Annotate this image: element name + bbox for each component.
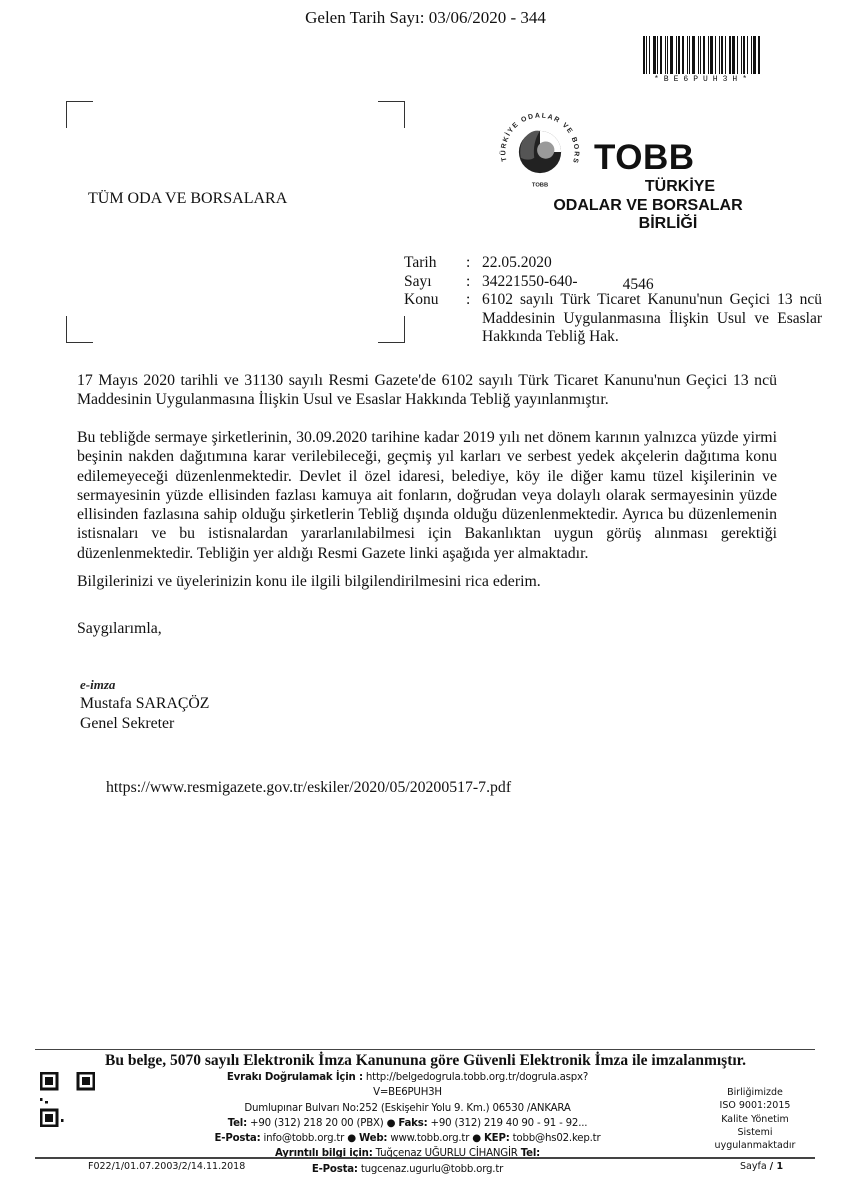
- barcode-bar: [643, 36, 645, 74]
- barcode-text: *BE6PUH3H*: [643, 75, 763, 84]
- meta-separator: :: [456, 291, 482, 347]
- bullet: ●: [387, 1118, 396, 1129]
- barcode-bar: [743, 36, 745, 74]
- meta-number-prefix: 34221550-640-: [482, 273, 578, 290]
- logo-subtitle-line: TÜRKİYE: [540, 178, 756, 197]
- meta-label: Tarih: [404, 254, 456, 273]
- barcode-bar: [725, 36, 726, 74]
- barcode-bars: [643, 36, 763, 74]
- barcode-bar: [676, 36, 677, 74]
- meta-value: 22.05.2020: [482, 254, 802, 273]
- barcode-bar: [665, 36, 666, 74]
- meta-value: 6102 sayılı Türk Ticaret Kanunu'nun Geçi…: [482, 291, 822, 347]
- barcode-bar: [646, 36, 647, 74]
- detail-email-value[interactable]: tugcenaz.ugurlu@tobb.org.tr: [361, 1164, 503, 1175]
- incoming-date-stamp: Gelen Tarih Sayı: 03/06/2020 - 344: [0, 8, 851, 28]
- bullet: ●: [347, 1133, 356, 1144]
- barcode-bar: [741, 36, 742, 74]
- barcode-bar: [751, 36, 752, 74]
- body-paragraph: Bilgilerinizi ve üyelerinizin konu ile i…: [77, 572, 777, 591]
- meta-label: Konu: [404, 291, 456, 347]
- barcode-bar: [729, 36, 731, 74]
- bullet: ●: [472, 1133, 481, 1144]
- address-window-corner-bottom-left: [66, 316, 93, 343]
- quality-line: Kalite Yönetim: [690, 1113, 820, 1126]
- barcode-bar: [719, 36, 720, 74]
- logo-subtitle-line: ODALAR VE BORSALAR: [540, 197, 756, 216]
- signatory: Mustafa SARAÇÖZ Genel Sekreter: [80, 694, 209, 733]
- quality-line: Birliğimizde: [690, 1086, 820, 1099]
- meta-number-suffix: 4546: [623, 276, 654, 293]
- document-barcode: *BE6PUH3H*: [643, 36, 763, 84]
- signatory-title: Genel Sekreter: [80, 714, 209, 734]
- meta-value: 34221550-640-4546: [482, 273, 802, 292]
- barcode-bar: [670, 36, 673, 74]
- barcode-bar: [682, 36, 684, 74]
- tel-value: +90 (312) 218 20 00 (PBX): [250, 1118, 384, 1129]
- quality-line: uygulanmaktadır: [690, 1139, 820, 1152]
- barcode-bar: [692, 36, 695, 74]
- meta-row-number: Sayı : 34221550-640-4546: [404, 273, 822, 292]
- logo-title: TOBB: [594, 138, 695, 178]
- barcode-bar: [657, 36, 658, 74]
- logo-subtitle-line: BİRLİĞİ: [540, 215, 756, 234]
- barcode-bar: [649, 36, 650, 74]
- barcode-bar: [715, 36, 716, 74]
- page-number: Sayfa / 1: [740, 1161, 783, 1172]
- footer-verify-line: Evrakı Doğrulamak İçin : http://belgedog…: [195, 1070, 620, 1101]
- email-value[interactable]: info@tobb.org.tr: [264, 1133, 345, 1144]
- footer-web-line: E-Posta: info@tobb.org.tr ● Web: www.tob…: [195, 1131, 620, 1146]
- web-label: Web:: [359, 1133, 387, 1144]
- footer-divider: [35, 1049, 815, 1050]
- recipient: TÜM ODA VE BORSALARA: [88, 190, 287, 208]
- quality-line: ISO 9001:2015: [690, 1099, 820, 1112]
- barcode-bar: [732, 36, 735, 74]
- meta-label: Sayı: [404, 273, 456, 292]
- gazette-link[interactable]: https://www.resmigazete.gov.tr/eskiler/2…: [106, 779, 511, 797]
- meta-separator: :: [456, 254, 482, 273]
- e-signature-notice: Bu belge, 5070 sayılı Elektronik İmza Ka…: [0, 1052, 851, 1070]
- qr-code-icon: [40, 1072, 95, 1127]
- barcode-bar: [689, 36, 690, 74]
- barcode-bar: [708, 36, 709, 74]
- page-label: Sayfa: [740, 1161, 767, 1172]
- verify-label: Evrakı Doğrulamak İçin :: [227, 1072, 363, 1083]
- form-code: F022/1/01.07.2003/2/14.11.2018: [88, 1161, 245, 1172]
- footer-bottom-divider: [35, 1157, 815, 1159]
- signatory-name: Mustafa SARAÇÖZ: [80, 694, 209, 714]
- address-window-corner-top-left: [66, 101, 93, 128]
- barcode-bar: [753, 36, 756, 74]
- body-paragraph: 17 Mayıs 2020 tarihli ve 31130 sayılı Re…: [77, 371, 777, 410]
- footer-contact: Evrakı Doğrulamak İçin : http://belgedog…: [195, 1070, 620, 1177]
- footer-detail-line: Ayrıntılı bilgi için: Tuğçenaz UĞURLU Cİ…: [195, 1146, 620, 1161]
- e-signature-mark: e-imza: [80, 677, 115, 693]
- barcode-bar: [687, 36, 688, 74]
- barcode-bar: [737, 36, 738, 74]
- kep-label: KEP:: [484, 1133, 510, 1144]
- logo-subtitle: TÜRKİYE ODALAR VE BORSALAR BİRLİĞİ: [540, 178, 756, 234]
- document-meta: Tarih : 22.05.2020 Sayı : 34221550-640-4…: [404, 254, 822, 347]
- barcode-bar: [698, 36, 699, 74]
- barcode-bar: [710, 36, 713, 74]
- barcode-bar: [721, 36, 723, 74]
- barcode-bar: [667, 36, 668, 74]
- body-paragraph: Bu tebliğde sermaye şirketlerinin, 30.09…: [77, 428, 777, 563]
- address-window-corner-top-right: [378, 101, 405, 128]
- verify-url[interactable]: http://belgedogrula.tobb.org.tr/dogrula.…: [366, 1072, 588, 1098]
- barcode-bar: [747, 36, 748, 74]
- meta-separator: :: [456, 273, 482, 292]
- barcode-bar: [703, 36, 705, 74]
- footer-detail-email-line: E-Posta: tugcenaz.ugurlu@tobb.org.tr: [195, 1162, 620, 1177]
- web-value[interactable]: www.tobb.org.tr: [390, 1133, 469, 1144]
- barcode-bar: [758, 36, 760, 74]
- barcode-bar: [678, 36, 680, 74]
- page-value: / 1: [770, 1161, 783, 1172]
- email-label: E-Posta:: [215, 1133, 261, 1144]
- tel-label: Tel:: [228, 1118, 247, 1129]
- address-window-corner-bottom-right: [378, 316, 405, 343]
- fax-value: +90 (312) 219 40 90 - 91 - 92...: [431, 1118, 588, 1129]
- footer-address: Dumlupınar Bulvarı No:252 (Eskişehir Yol…: [195, 1101, 620, 1116]
- meta-row-date: Tarih : 22.05.2020: [404, 254, 822, 273]
- meta-row-subject: Konu : 6102 sayılı Türk Ticaret Kanunu'n…: [404, 291, 822, 347]
- barcode-bar: [653, 36, 656, 74]
- fax-label: Faks:: [398, 1118, 427, 1129]
- barcode-bar: [700, 36, 701, 74]
- detail-email-label: E-Posta:: [312, 1164, 358, 1175]
- kep-value[interactable]: tobb@hs02.kep.tr: [513, 1133, 601, 1144]
- barcode-bar: [660, 36, 662, 74]
- closing: Saygılarımla,: [77, 619, 777, 638]
- quality-line: Sistemi: [690, 1126, 820, 1139]
- quality-certification: Birliğimizde ISO 9001:2015 Kalite Yöneti…: [690, 1086, 820, 1152]
- footer-phone-line: Tel: +90 (312) 218 20 00 (PBX) ● Faks: +…: [195, 1116, 620, 1131]
